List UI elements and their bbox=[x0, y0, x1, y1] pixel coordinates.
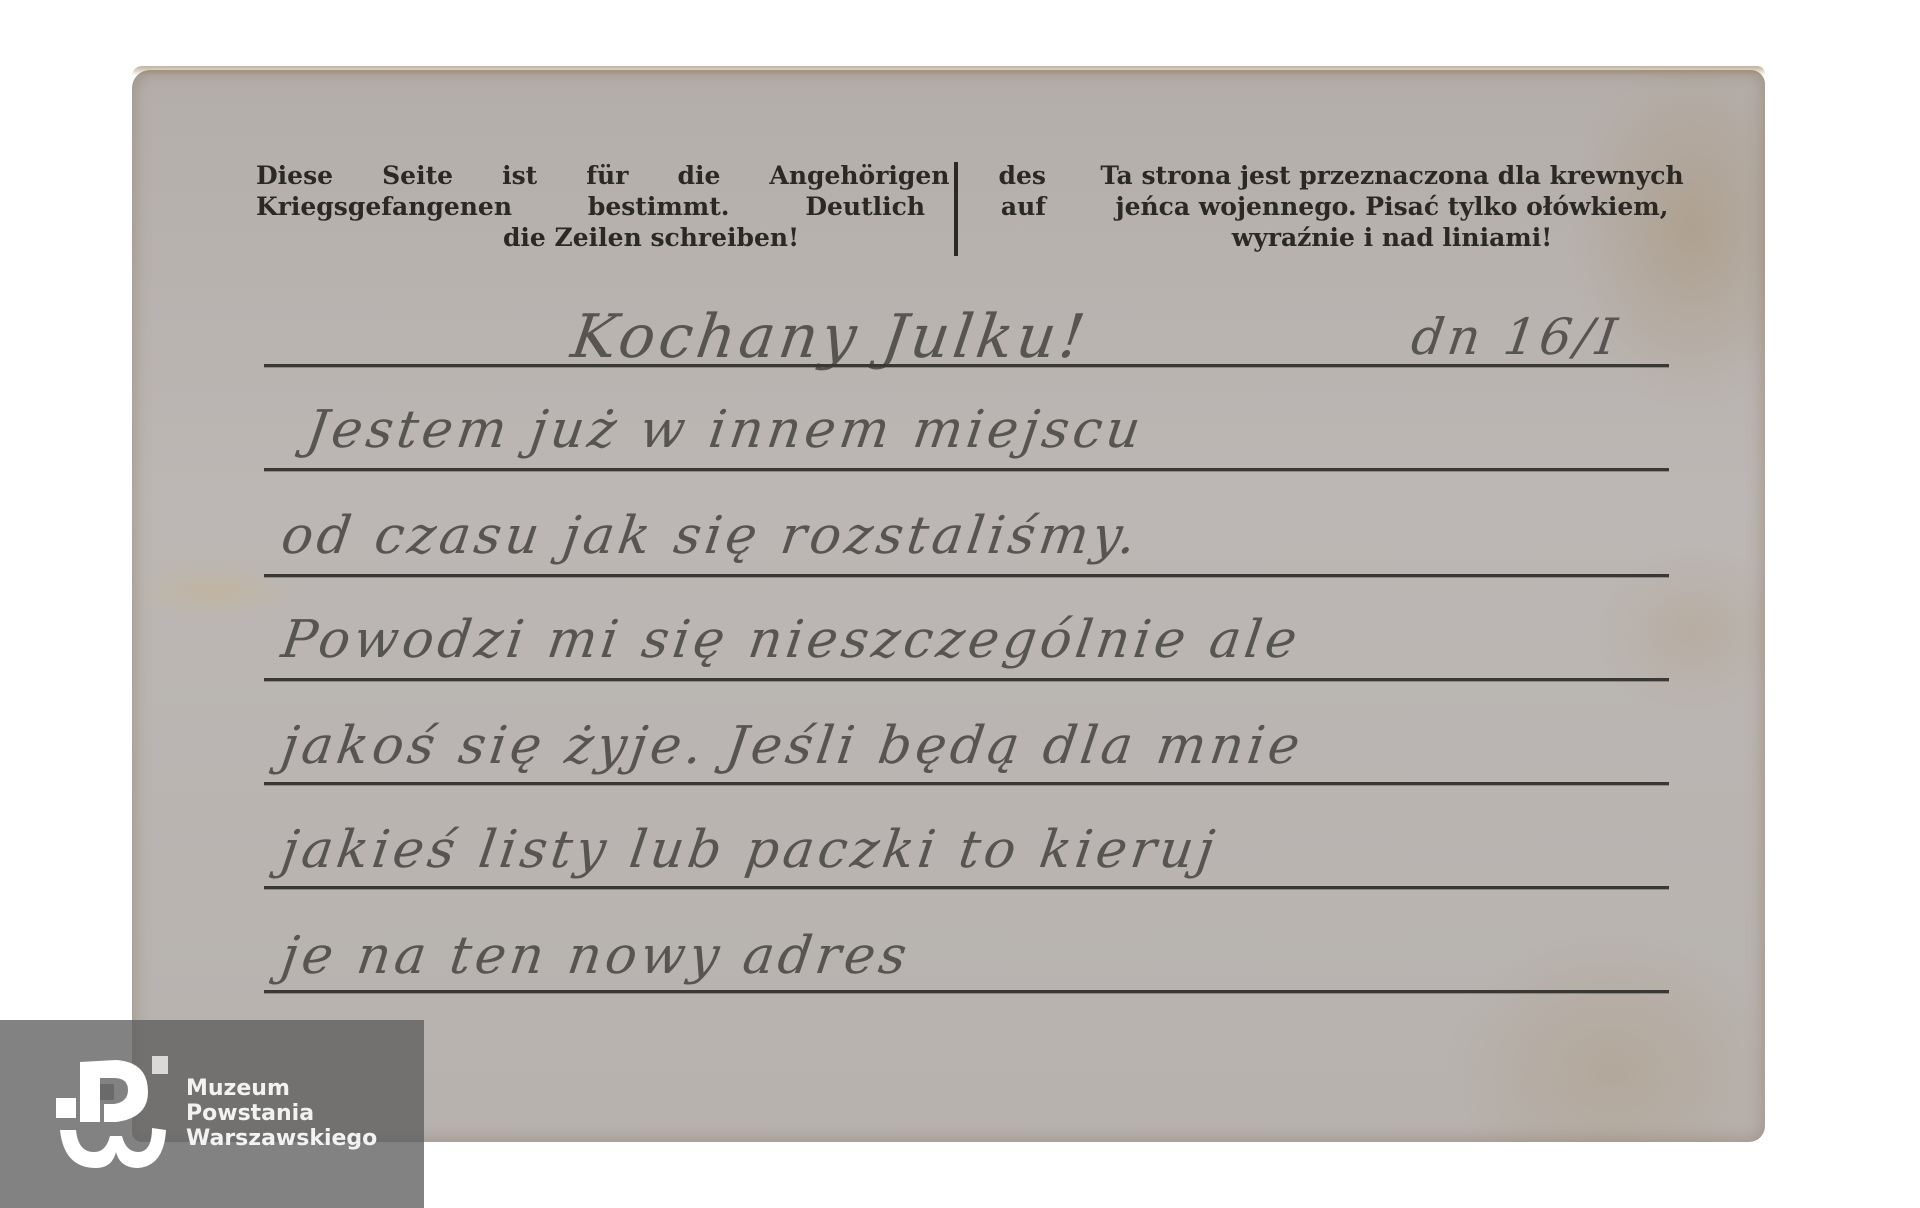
header-pl-line-3: wyraźnie i nad liniami! bbox=[992, 222, 1792, 253]
museum-name: Muzeum Powstania Warszawskiego bbox=[186, 1076, 377, 1151]
ruled-line-6 bbox=[264, 886, 1669, 889]
kotwica-anchor-icon bbox=[56, 1056, 168, 1168]
torn-top-edge bbox=[132, 66, 1765, 76]
handwritten-line-1: Jestem już w innem miejscu bbox=[303, 400, 1148, 460]
handwritten-greeting: Kochany Julku! bbox=[567, 302, 1093, 372]
ruled-line-3 bbox=[264, 574, 1669, 577]
museum-name-line-3: Warszawskiego bbox=[186, 1126, 377, 1151]
handwritten-line-3: Powodzi mi się nieszczególnie ale bbox=[278, 610, 1305, 670]
museum-name-line-1: Muzeum bbox=[186, 1076, 377, 1101]
ruled-line-7 bbox=[264, 990, 1669, 993]
header-divider bbox=[954, 162, 958, 256]
header-pl-line-1: Ta strona jest przeznaczona dla krewnych bbox=[992, 160, 1792, 191]
header-de-line-1: Diese Seite ist für die Angehörigen des bbox=[256, 160, 1046, 191]
museum-name-line-2: Powstania bbox=[186, 1101, 377, 1126]
ruled-line-5 bbox=[264, 782, 1669, 785]
printed-header-german: Diese Seite ist für die Angehörigen des … bbox=[256, 160, 1046, 253]
handwritten-line-6: je na ten nowy adres bbox=[278, 926, 914, 986]
header-pl-line-2: jeńca wojennego. Pisać tylko ołówkiem, bbox=[992, 191, 1792, 222]
handwritten-line-4: jakoś się żyje. Jeśli będą dla mnie bbox=[278, 716, 1308, 776]
handwritten-line-2: od czasu jak się rozstaliśmy. bbox=[278, 506, 1144, 566]
ruled-line-2 bbox=[264, 468, 1669, 471]
header-de-line-3: die Zeilen schreiben! bbox=[256, 222, 1046, 253]
header-de-line-2: Kriegsgefangenen bestimmt. Deutlich auf bbox=[256, 191, 1046, 222]
printed-header-polish: Ta strona jest przeznaczona dla krewnych… bbox=[992, 160, 1792, 253]
handwritten-date: dn 16/I bbox=[1408, 308, 1624, 366]
museum-watermark: Muzeum Powstania Warszawskiego bbox=[0, 1020, 424, 1208]
ruled-line-1 bbox=[264, 364, 1669, 367]
ruled-line-4 bbox=[264, 678, 1669, 681]
handwritten-line-5: jakieś listy lub paczki to kieruj bbox=[278, 820, 1222, 880]
postcard: Diese Seite ist für die Angehörigen des … bbox=[132, 70, 1765, 1142]
